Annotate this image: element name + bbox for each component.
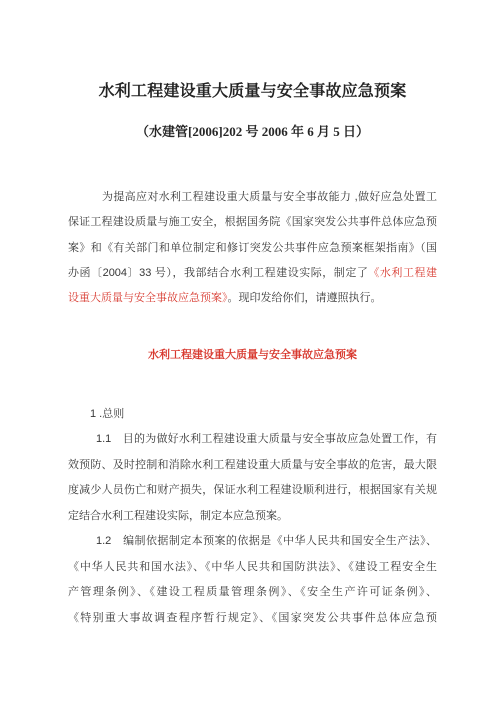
text-run: 度减少人员伤亡和财产损失，保证水利工程建设顺利进行，根据国家有关规 [68, 484, 437, 496]
para-1-1-line: 定结合水利工程建设实际，制定本应急预案。 [68, 504, 437, 530]
para-1-2-line: 《中华人民共和国水法》、《中华人民共和国防洪法》、《建设工程安全生 [68, 555, 437, 581]
text-run: 1 .总则 [90, 408, 124, 420]
text-run: 效预防、及时控制和消除水利工程建设重大质量与安全事故的危害，最大限 [68, 459, 437, 471]
plan-body-heading: 水利工程建设重大质量与安全事故应急预案 [68, 343, 437, 368]
para-1-1-line: 度减少人员伤亡和财产损失，保证水利工程建设顺利进行，根据国家有关规 [68, 478, 437, 504]
text-run: 1.1 目的为做好水利工程建设重大质量与安全事故应急处置工作，有 [96, 433, 437, 445]
text-run: 为提高应对水利工程建设重大质量与安全事故能力 ,做好应急处置工作， [68, 191, 437, 210]
intro-line: 保证工程建设质量与施工安全，根据国务院《国家突发公共事件总体应急预 [68, 210, 437, 235]
section-1-general-provisions: 1 .总则 1.1 目的为做好水利工程建设重大质量与安全事故应急处置工作，有 效… [68, 402, 437, 632]
highlighted-plan-title-part-2: 设重大质量与安全事故应急预案》 [68, 292, 228, 304]
text-run: 办函〔2004〕33 号），我部结合水利工程建设实际，制定了 [68, 267, 368, 279]
highlighted-plan-title-part-1: 《水利工程建 [368, 267, 437, 279]
paragraph-1-1-purpose: 1.1 目的为做好水利工程建设重大质量与安全事故应急处置工作，有 效预防、及时控… [68, 427, 437, 529]
intro-line: 办函〔2004〕33 号），我部结合水利工程建设实际，制定了《水利工程建 [68, 261, 437, 286]
text-run: 《中华人民共和国水法》、《中华人民共和国防洪法》、《建设工程安全生 [68, 561, 437, 573]
intro-line: 案》和《有关部门和单位制定和修订突发公共事件应急预案框架指南》（国 [68, 236, 437, 261]
text-run: 定结合水利工程建设实际，制定本应急预案。 [68, 510, 288, 522]
text-run: 保证工程建设质量与施工安全，根据国务院《国家突发公共事件总体应急预 [68, 216, 437, 228]
intro-paragraph: 为提高应对水利工程建设重大质量与安全事故能力 ,做好应急处置工作， 保证工程建设… [68, 185, 437, 311]
document-subtitle: （水建管[2006]202 号 2006 年 6 月 5 日） [68, 124, 437, 140]
text-run: 案》和《有关部门和单位制定和修订突发公共事件应急预案框架指南》（国 [68, 242, 437, 254]
intro-line: 设重大质量与安全事故应急预案》。现印发给你们，请遵照执行。 [68, 286, 437, 311]
para-1-1-line: 效预防、及时控制和消除水利工程建设重大质量与安全事故的危害，最大限 [68, 453, 437, 479]
para-1-2-line: 1.2 编制依据制定本预案的依据是《中华人民共和国安全生产法》、 [68, 529, 437, 555]
text-run: 1.2 编制依据制定本预案的依据是《中华人民共和国安全生产法》、 [96, 535, 437, 547]
document-page: 水利工程建设重大质量与安全事故应急预案 （水建管[2006]202 号 2006… [0, 0, 500, 707]
text-run: 。现印发给你们，请遵照执行。 [228, 292, 382, 304]
document-title: 水利工程建设重大质量与安全事故应急预案 [68, 82, 437, 102]
text-run: 产管理条例》、《建设工程质量管理条例》、《安全生产许可证条例》、 [68, 586, 437, 598]
para-1-1-line: 1.1 目的为做好水利工程建设重大质量与安全事故应急处置工作，有 [68, 427, 437, 453]
para-1-2-line: 产管理条例》、《建设工程质量管理条例》、《安全生产许可证条例》、 [68, 580, 437, 606]
section-1-heading: 1 .总则 [68, 402, 437, 428]
paragraph-1-2-compilation-basis: 1.2 编制依据制定本预案的依据是《中华人民共和国安全生产法》、 《中华人民共和… [68, 529, 437, 631]
intro-line: 为提高应对水利工程建设重大质量与安全事故能力 ,做好应急处置工作， [68, 185, 437, 210]
para-1-2-line: 《特别重大事故调查程序暂行规定》、《国家突发公共事件总体应急预 [68, 606, 437, 632]
text-run: 《特别重大事故调查程序暂行规定》、《国家突发公共事件总体应急预 [68, 612, 437, 624]
